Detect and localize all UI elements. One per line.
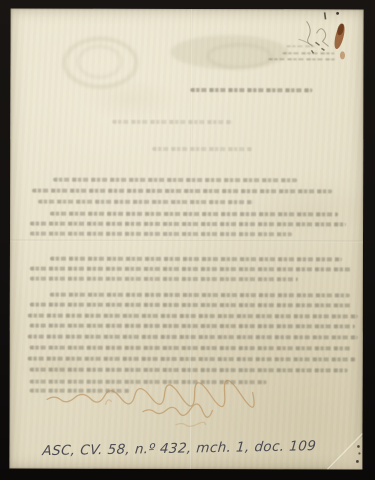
pencil-scribble <box>298 12 328 53</box>
corner-crease <box>327 433 362 469</box>
edge-specks <box>335 12 362 463</box>
marks-overlay <box>9 9 363 470</box>
handwritten-signature <box>47 380 255 427</box>
rust-stain <box>332 23 346 60</box>
letter-page: ASC, CV. 58, n.º 432, mch. 1, doc. 109 <box>9 9 363 470</box>
